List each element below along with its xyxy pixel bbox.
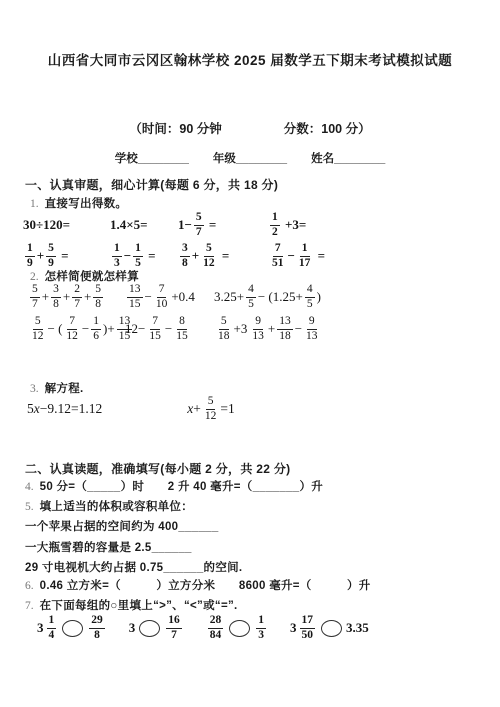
student-info-line: 学校________ 年级________ 姓名________ <box>0 150 500 166</box>
q4-number: 4. <box>25 481 34 493</box>
score-label: 分数：100 分） <box>284 119 371 137</box>
q2-label-text: 怎样简便就怎样算 <box>45 268 139 284</box>
q5-line: 5. 填上适当的体积或容积单位： <box>25 498 193 514</box>
q6-line: 6. 0.46 立方米=（ ）立方分米 8600 毫升=（ ）升 <box>25 577 371 593</box>
comparison-circle <box>229 620 250 637</box>
exam-paper-page: 山西省大同市云冈区翰林学校 2025 届数学五下期末考试模拟试题 （时间：90 … <box>0 0 500 707</box>
q1-expression-3: 1−57 = <box>178 211 268 239</box>
q4-line: 4. 50 分=（_____）时 2 升 40 毫升=（_______）升 <box>25 478 323 494</box>
time-label: （时间：90 分钟 <box>129 119 221 137</box>
q1-number: 1. <box>30 198 39 210</box>
q4-text: 50 分=（_____）时 2 升 40 毫升=（_______）升 <box>40 478 323 494</box>
q3-equation-1: 5x−9.12=1.12 <box>27 395 102 423</box>
q5a-text: 一个苹果占据的空间约为 400______ <box>25 518 219 534</box>
q7-comparison-row: 314298 3167 288413 317503.35 <box>37 611 369 645</box>
comparison-circle <box>62 620 83 637</box>
q2-number: 2. <box>30 271 39 283</box>
q1-expression-6: 13−15 = <box>110 242 178 270</box>
q7-number: 7. <box>25 600 34 612</box>
time-score-line: （时间：90 分钟 分数：100 分） <box>0 119 500 137</box>
q5-sub-line-sprite: 一大瓶雪碧的容量是 2.5______ <box>25 539 192 555</box>
q2-expression-2: 1315−710+0.4 <box>125 283 214 311</box>
q5b-text: 一大瓶雪碧的容量是 2.5______ <box>25 539 192 555</box>
q5-sub-line-tv: 29 寸电视机大约占据 0.75______的空间. <box>25 559 242 575</box>
comparison-circle <box>321 620 342 637</box>
q2-expression-6: 518+3913+1318−913 <box>214 315 322 343</box>
comparison-1: 314298 <box>37 611 107 645</box>
q1-expression-2: 1.4×5= <box>110 211 178 239</box>
q3-equations: 5x−9.12=1.12 x+512=1 <box>27 395 235 423</box>
q2-expression-1: 57+38+27+58 <box>28 283 125 311</box>
q2-label: 2. 怎样简便就怎样算 <box>30 268 139 284</box>
name-field: 姓名________ <box>311 150 385 166</box>
section1-heading: 一、认真审题，细心计算(每题 6 分，共 18 分) <box>25 176 278 193</box>
comparison-3: 288413 <box>206 611 268 645</box>
comparison-circle <box>139 620 160 637</box>
q5-sub-line-apple: 一个苹果占据的空间约为 400______ <box>25 518 219 534</box>
q3-number: 3. <box>30 383 39 395</box>
school-field: 学校________ <box>115 150 189 166</box>
q2-expression-5: 12−715−815 <box>125 315 214 343</box>
section2-heading: 二、认真读题，准确填写(每小题 2 分，共 22 分) <box>25 460 290 477</box>
grade-field: 年级________ <box>213 150 287 166</box>
comparison-4: 317503.35 <box>290 611 369 645</box>
q2-expression-3: 3.25+45− (1.25+45) <box>214 283 322 311</box>
q3-label: 3. 解方程. <box>30 380 84 396</box>
q3-label-text: 解方程. <box>45 380 84 396</box>
q1-expressions: 30÷120= 1.4×5= 1−57 = 12 +3= 19+59 = 13−… <box>23 211 325 270</box>
q2-expressions: 57+38+27+58 1315−710+0.4 3.25+45− (1.25+… <box>28 283 322 343</box>
q1-expression-1: 30÷120= <box>23 211 110 239</box>
q1-expression-4: 12 +3= <box>268 211 325 239</box>
q5-number: 5. <box>25 501 34 513</box>
q1-label-text: 直接写出得数。 <box>45 195 128 211</box>
q5-text: 填上适当的体积或容积单位： <box>40 498 193 514</box>
q2-expression-4: 512− (712−16)+1315 <box>28 315 125 343</box>
q1-expression-8: 751−117 = <box>268 242 325 270</box>
q3-equation-2: x+512=1 <box>187 395 235 423</box>
comparison-2: 3167 <box>129 611 184 645</box>
q1-expression-7: 38+512 = <box>178 242 268 270</box>
exam-title: 山西省大同市云冈区翰林学校 2025 届数学五下期末考试模拟试题 <box>0 49 500 69</box>
q5c-text: 29 寸电视机大约占据 0.75______的空间. <box>25 559 242 575</box>
q1-expression-5: 19+59 = <box>23 242 110 270</box>
q6-text: 0.46 立方米=（ ）立方分米 8600 毫升=（ ）升 <box>40 577 371 593</box>
q6-number: 6. <box>25 580 34 592</box>
q1-label: 1. 直接写出得数。 <box>30 195 127 211</box>
